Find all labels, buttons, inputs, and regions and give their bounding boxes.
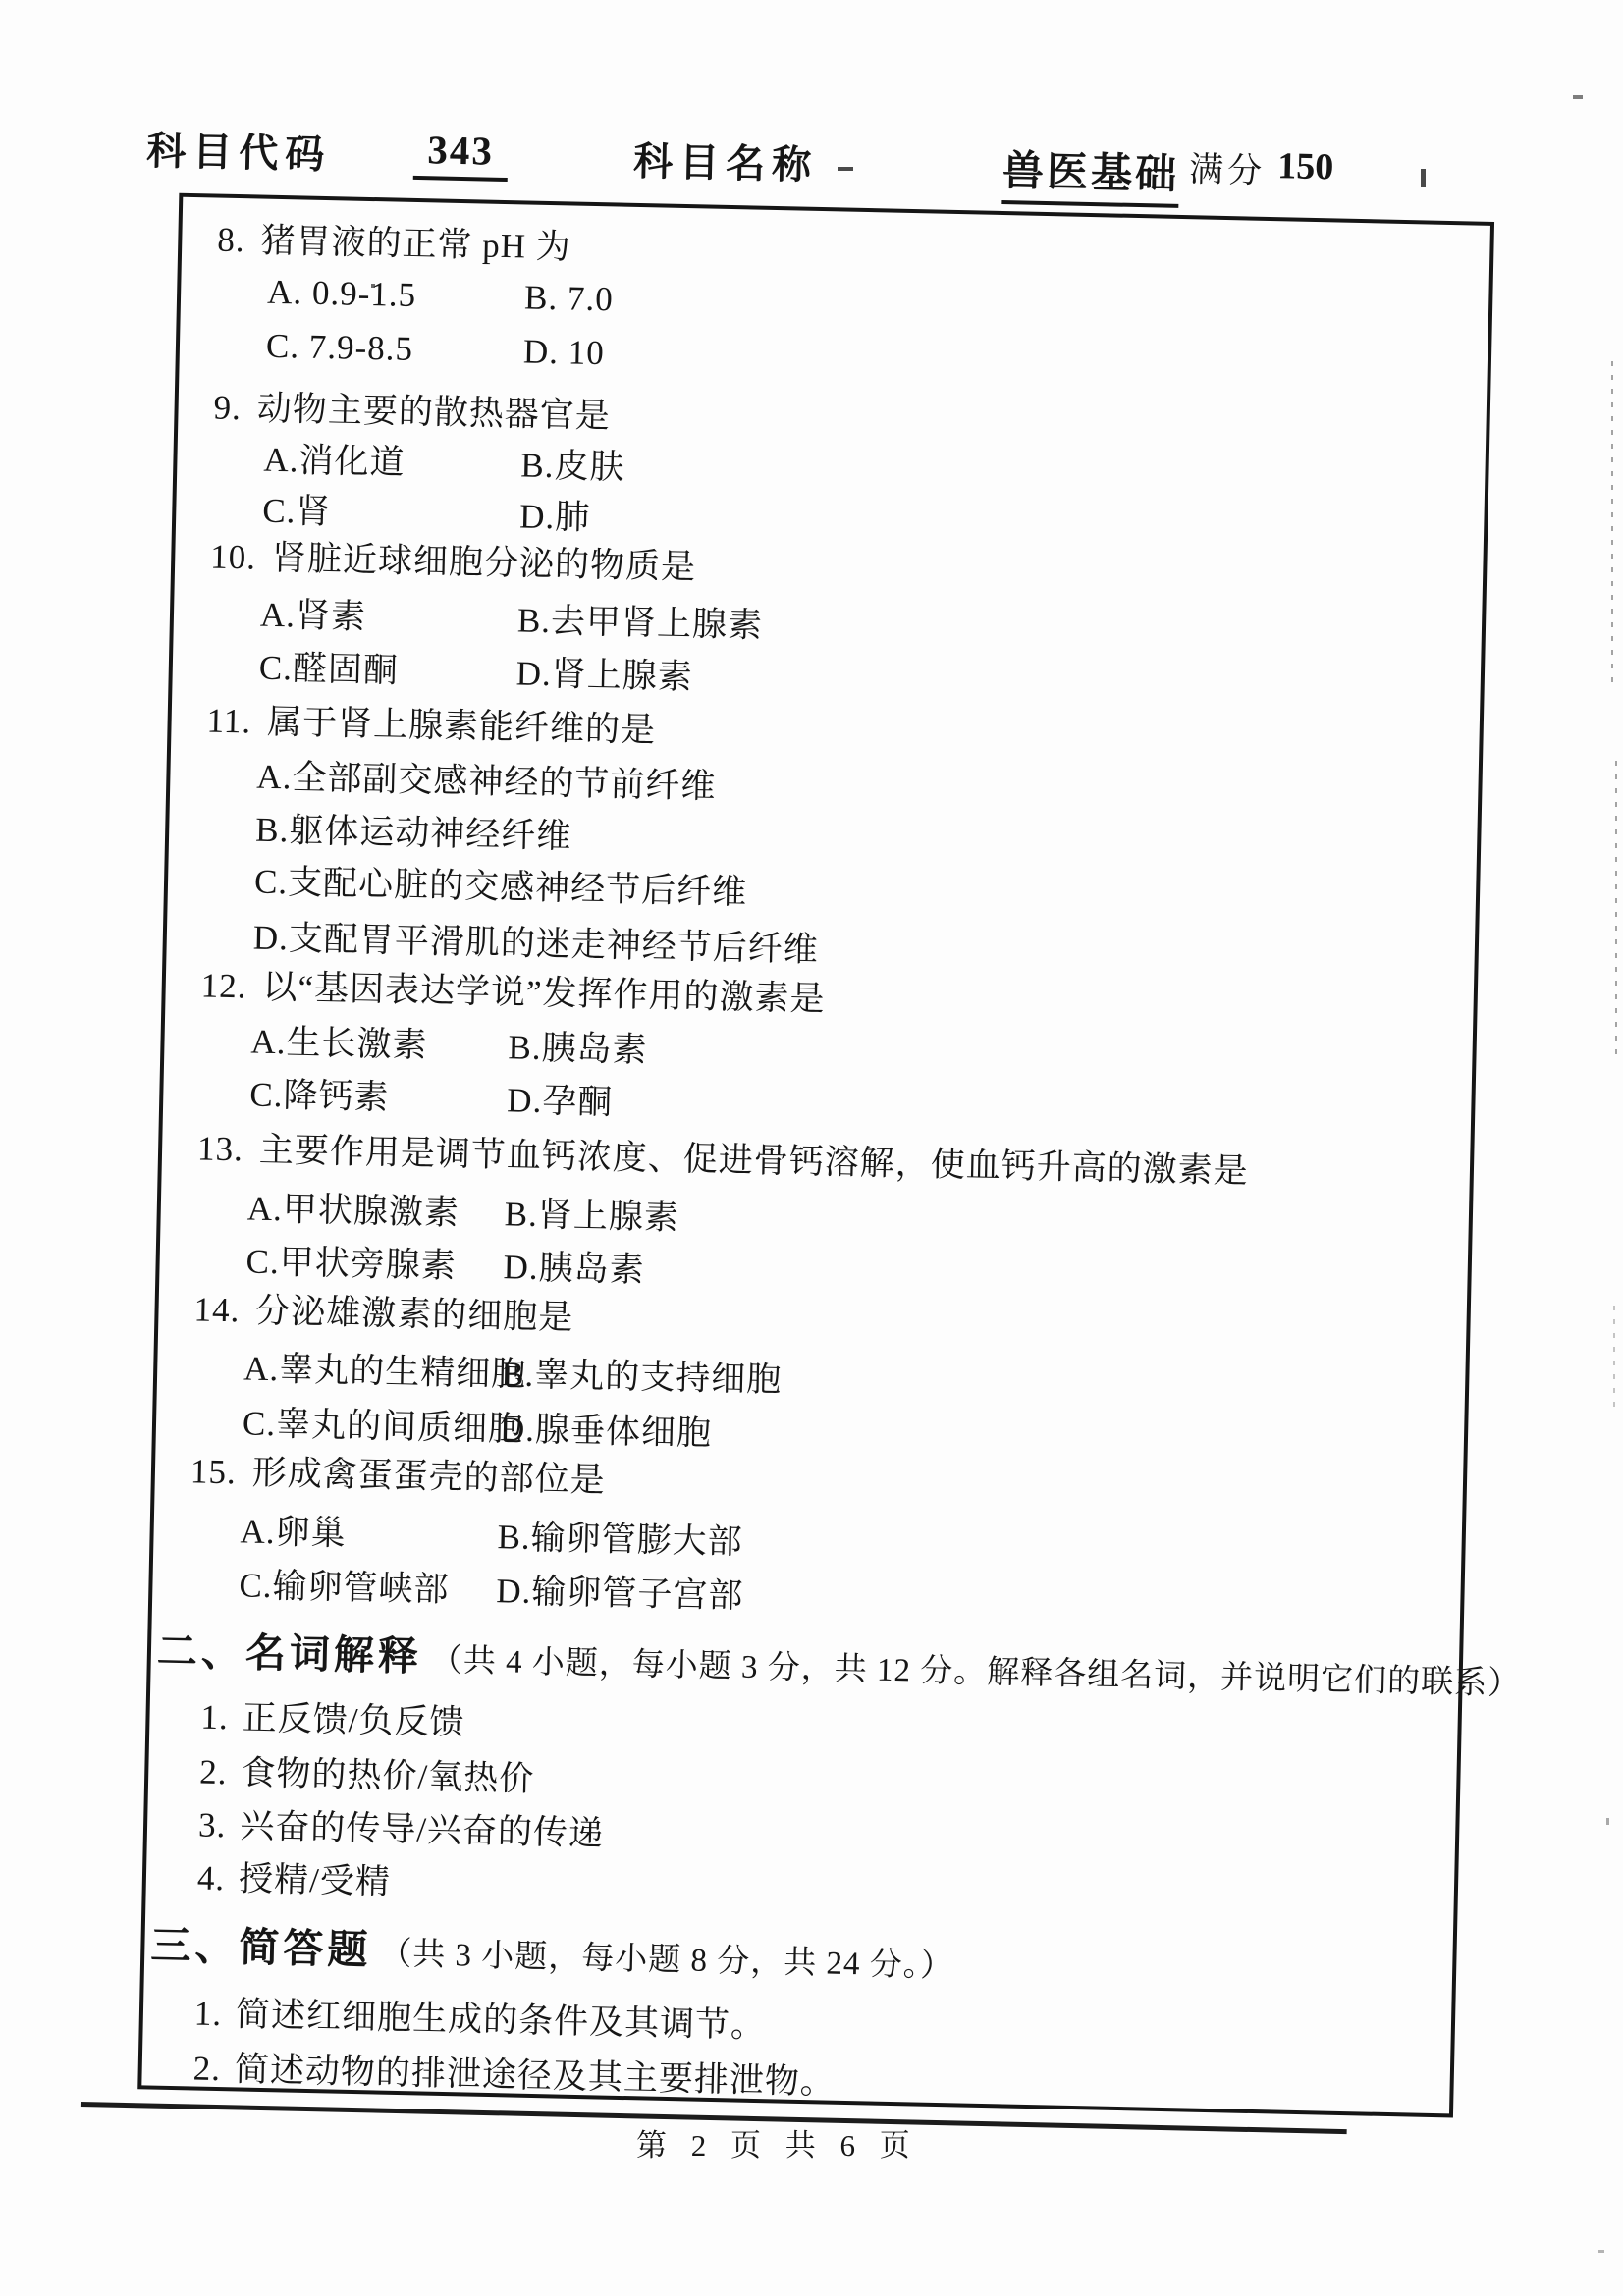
section-3-note: （共 3 小题，每小题 8 分，共 24 分。）: [379, 1937, 954, 1985]
page-indicator: 第 2 页 共 6 页: [636, 2128, 915, 2163]
item-text: 食物的热价/氧热价: [241, 1753, 535, 1798]
question-text: 主要作用是调节血钙浓度、促进骨钙溶解，使血钙升高的激素是: [258, 1131, 1249, 1191]
question-text: 以“基因表达学说”发挥作用的激素是: [262, 968, 826, 1018]
item-text: 正反馈/负反馈: [242, 1699, 465, 1742]
option-c: C.甲状旁腺素: [245, 1242, 457, 1285]
scan-speck-artifact: [1598, 2250, 1604, 2253]
option-d: D.输卵管子宫部: [496, 1564, 744, 1618]
option-c: C.输卵管峡部: [239, 1566, 450, 1609]
option-b: B.躯体运动神经纤维: [255, 811, 572, 856]
item-number: 2.: [199, 1753, 228, 1793]
section-3-heading: 三、简答题: [150, 1923, 372, 1973]
question-number: 8.: [217, 221, 245, 261]
item-text: 简述动物的排泄途径及其主要排泄物。: [235, 2050, 837, 2101]
option-b: B.去甲肾上腺素: [516, 593, 763, 647]
option-c: C.睾丸的间质细胞: [243, 1404, 524, 1448]
option-a: A.全部副交感神经的节前纤维: [256, 758, 717, 806]
option-a: A.睾丸的生精细胞: [243, 1349, 527, 1393]
section-2-item: 4.授精/受精: [196, 1851, 391, 1904]
option-b: B.皮肤: [520, 438, 625, 489]
item-text: 授精/受精: [239, 1859, 392, 1900]
subject-name-label: 科目名称: [633, 131, 819, 190]
scanned-exam-page: 科目代码 343 科目名称 兽医基础 满分 150 8.猪胃液的正常 pH 为 …: [0, 0, 1623, 2296]
item-number: 4.: [196, 1859, 225, 1899]
question-title: 15.形成禽蛋蛋壳的部位是: [189, 1444, 606, 1502]
section-2-item: 1.正反馈/负反馈: [200, 1690, 465, 1745]
section-3-header: 三、简答题（共 3 小题，每小题 8 分，共 24 分。）: [150, 1913, 954, 1989]
option-a: A.生长激素: [250, 1023, 428, 1065]
section-2-note: （共 4 小题，每小题 3 分，共 12 分。解释各组名词，并说明它们的联系）: [429, 1643, 1521, 1702]
option-a: A.肾素: [260, 596, 367, 636]
option-c: C.支配心脏的交感神经节后纤维: [254, 863, 748, 912]
item-number: 1.: [200, 1698, 229, 1738]
question-text: 分泌雄激素的细胞是: [255, 1292, 574, 1337]
option-d: D. 10: [522, 332, 605, 373]
scan-speck-artifact: [1573, 95, 1583, 99]
item-text: 兴奋的传导/兴奋的传递: [240, 1806, 604, 1852]
question-number: 15.: [190, 1452, 238, 1492]
question-title: 9.动物主要的散热器官是: [213, 381, 611, 439]
question-text: 动物主要的散热器官是: [256, 390, 611, 436]
option-d: D.肺: [519, 489, 591, 540]
question-number: 13.: [197, 1129, 244, 1169]
item-text: 简述红细胞生成的条件及其调节。: [236, 1995, 767, 2045]
page-footer: 第 2 页 共 6 页: [636, 2120, 915, 2164]
question-text: 形成禽蛋蛋壳的部位是: [251, 1454, 606, 1500]
question-number: 11.: [206, 701, 251, 741]
question-title: 11.属于肾上腺素能纤维的是: [206, 693, 656, 752]
option-c: C.降钙素: [249, 1076, 390, 1117]
option-d: D.腺垂体细胞: [500, 1402, 713, 1456]
section-3-item: 1.简述红细胞生成的条件及其调节。: [193, 1987, 766, 2049]
scan-edge-dots-artifact: [1615, 761, 1617, 1055]
option-d: D.胰岛素: [503, 1240, 645, 1292]
subject-name-value: 兽医基础: [1001, 138, 1179, 208]
scan-speck-artifact: [1606, 1818, 1609, 1825]
option-b: B.胰岛素: [508, 1020, 648, 1072]
question-text: 猪胃液的正常 pH 为: [260, 222, 571, 267]
item-number: 1.: [193, 1995, 222, 2035]
option-b: B. 7.0: [524, 278, 614, 319]
question-text: 肾脏近球细胞分泌的物质是: [272, 539, 697, 586]
option-row: C. 7.9-8.5 D. 10: [266, 327, 1465, 393]
item-number: 3.: [198, 1806, 227, 1846]
question-number: 10.: [210, 538, 257, 578]
option-b: B.输卵管膨大部: [497, 1510, 743, 1564]
section-2-heading: 二、名词解释: [156, 1629, 422, 1680]
full-score-value: 150: [1277, 144, 1334, 188]
question-number: 14.: [193, 1290, 241, 1330]
question-title: 8.猪胃液的正常 pH 为: [217, 213, 572, 270]
subject-code-label: 科目代码: [146, 120, 332, 180]
option-d: D.孕酮: [507, 1073, 614, 1124]
scan-edge-dots-artifact: [1613, 1306, 1615, 1414]
scan-edge-dots-artifact: [1611, 361, 1613, 685]
question-title: 10.肾脏近球细胞分泌的物质是: [210, 530, 697, 590]
option-a: A.消化道: [263, 441, 406, 482]
subject-code-value: 343: [413, 126, 509, 182]
option-c: C.醛固酮: [258, 649, 399, 690]
option-a: A.卵巢: [240, 1512, 347, 1552]
option-b: B.肾上腺素: [504, 1187, 679, 1240]
option-a: A.甲状腺激素: [246, 1189, 460, 1232]
exam-body-frame: 8.猪胃液的正常 pH 为 A. 0.9-1.5 B. 7.0 C. 7.9-8…: [137, 193, 1494, 2118]
question-title: 14.分泌雄激素的细胞是: [193, 1282, 574, 1339]
option-row: A. 0.9-1.5 B. 7.0: [267, 273, 1466, 339]
section-2-item: 3.兴奋的传导/兴奋的传递: [198, 1798, 605, 1856]
question-number: 9.: [213, 389, 242, 429]
question-number: 12.: [200, 966, 247, 1006]
option-c: C. 7.9-8.5: [266, 327, 414, 368]
option-a: A. 0.9-1.5: [267, 273, 417, 314]
section-2-item: 2.食物的热价/氧热价: [199, 1745, 535, 1801]
full-score-label: 满分: [1189, 142, 1267, 193]
scan-tilt-wrapper: 科目代码 343 科目名称 兽医基础 满分 150 8.猪胃液的正常 pH 为 …: [104, 120, 1550, 2119]
section-3-item: 2.简述动物的排泄途径及其主要排泄物。: [192, 2041, 836, 2104]
question-text: 属于肾上腺素能纤维的是: [267, 703, 657, 750]
option-c: C.肾: [262, 492, 332, 532]
item-number: 2.: [192, 2049, 221, 2089]
option-b: B.睾丸的支持细胞: [501, 1347, 783, 1402]
option-d: D.肾上腺素: [515, 646, 693, 699]
